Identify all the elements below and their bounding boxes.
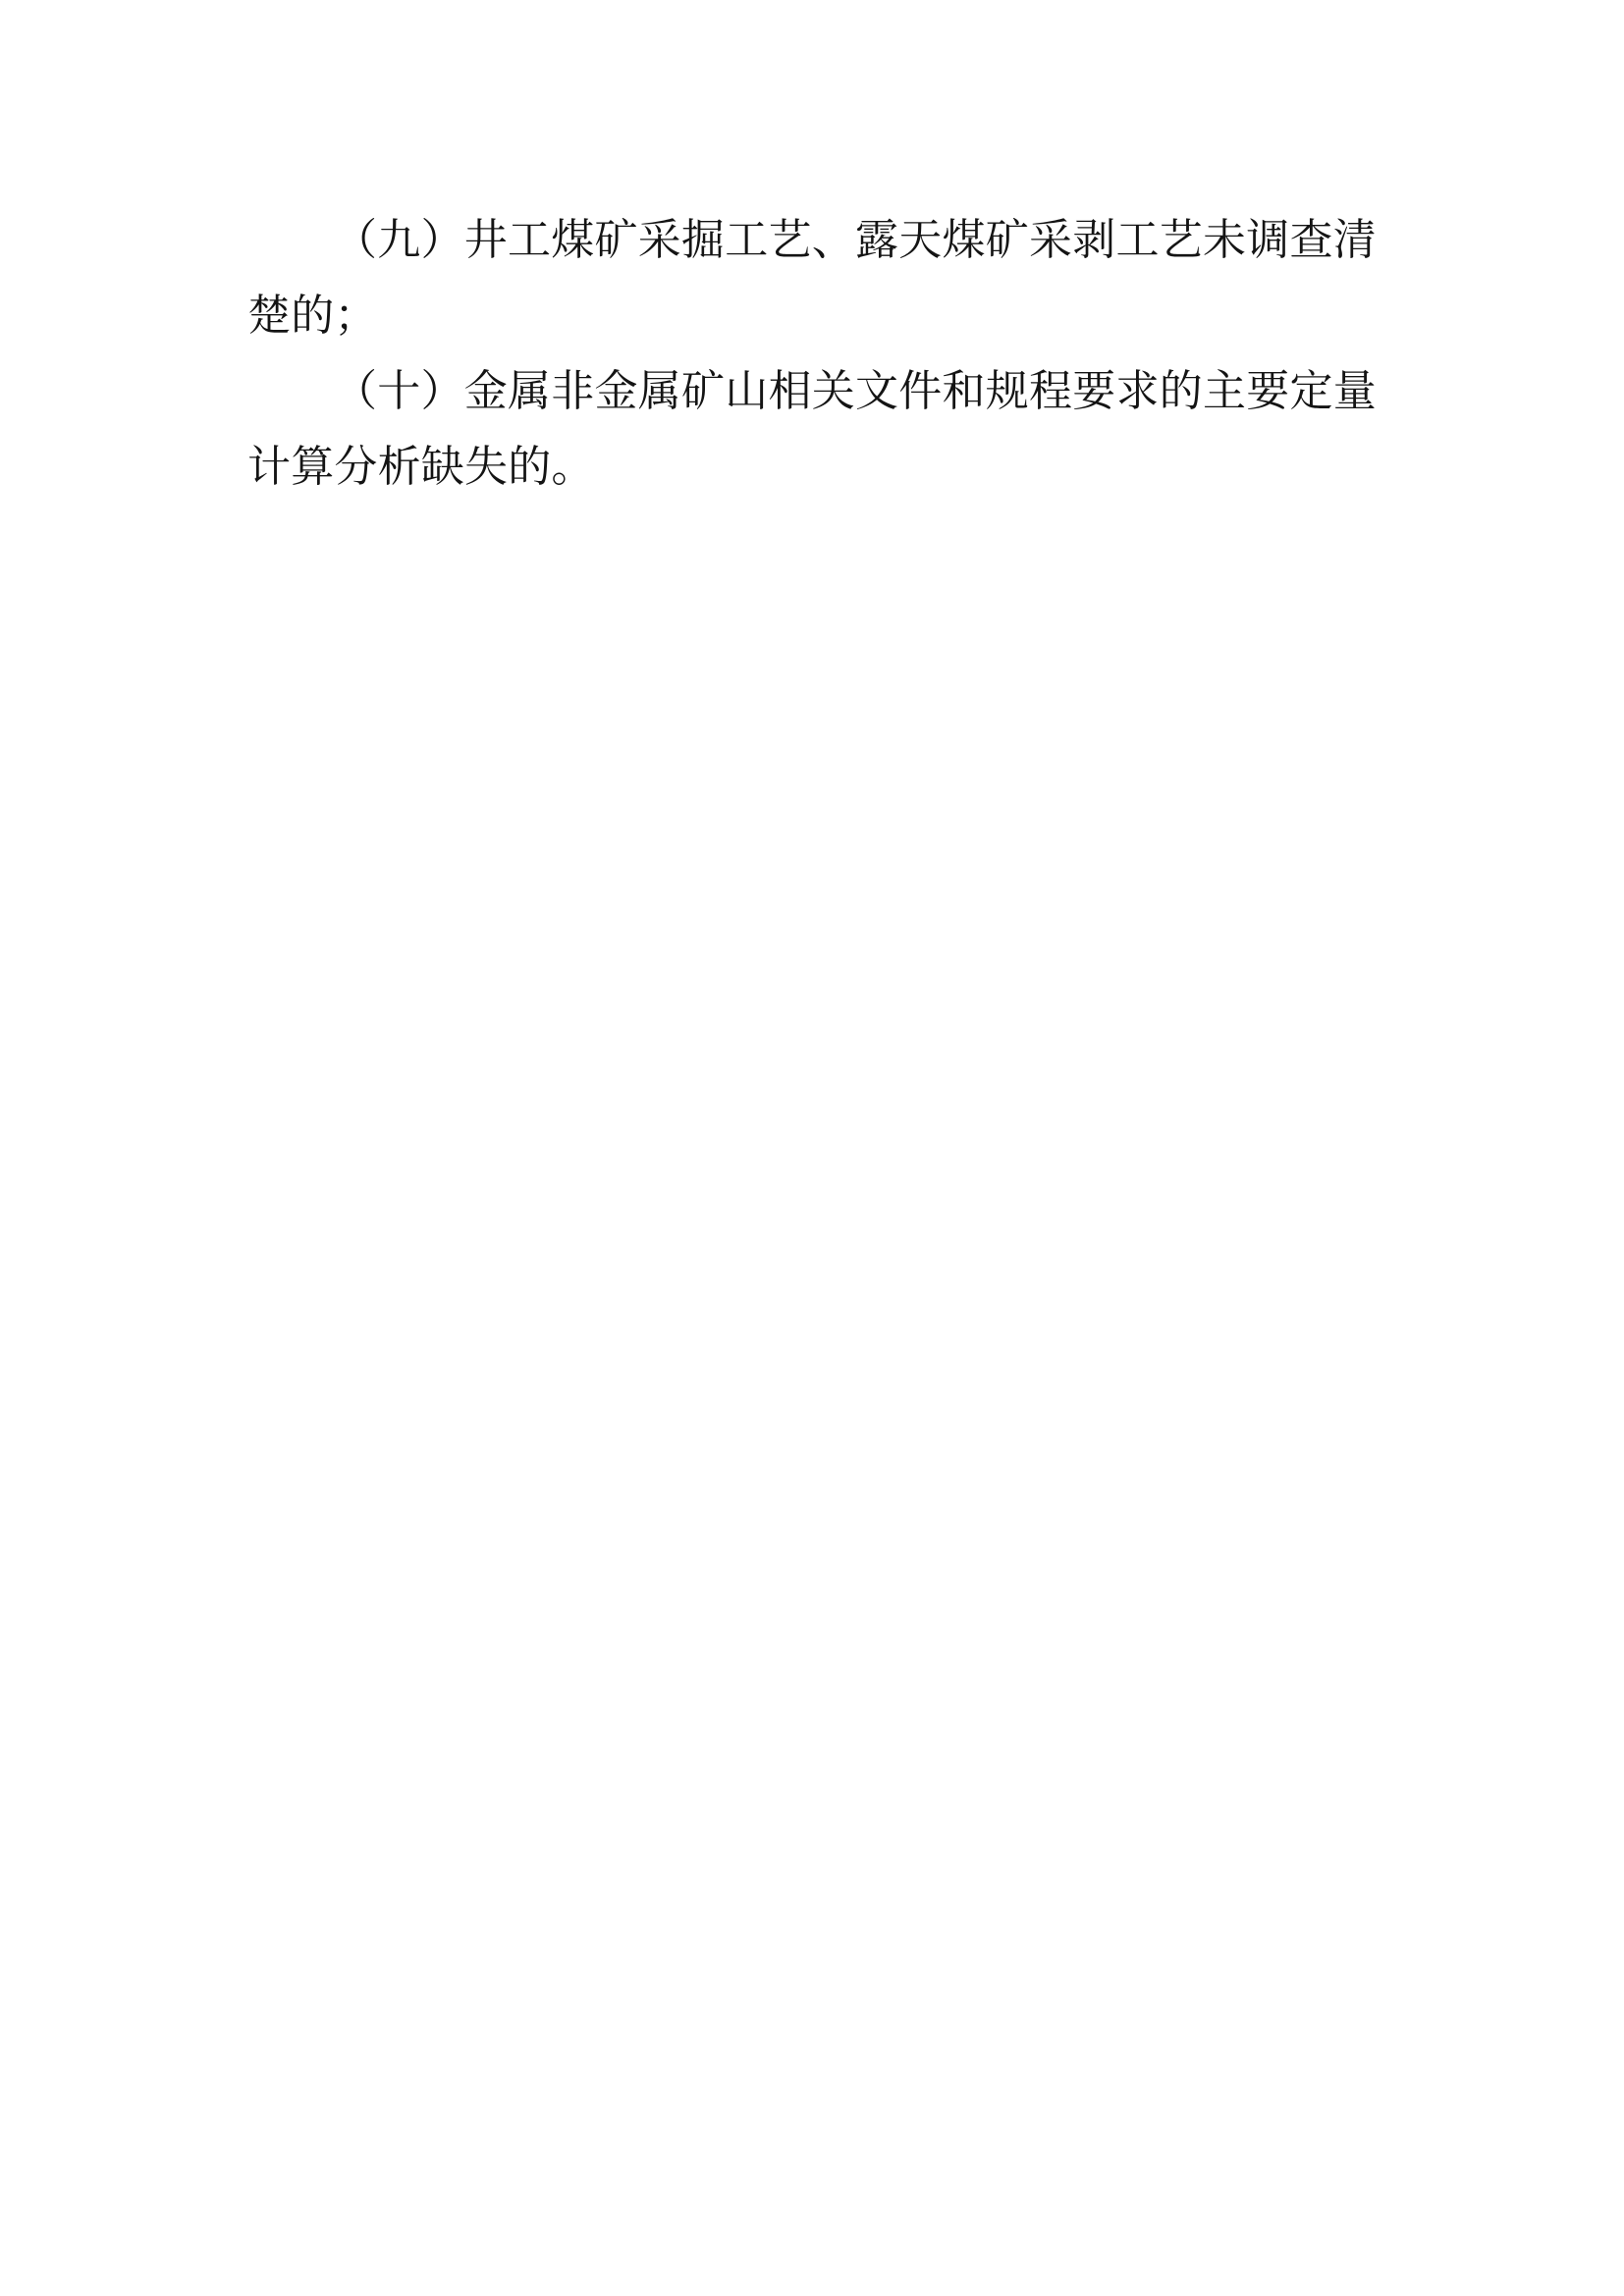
paragraph-clause-9: （九）井工煤矿采掘工艺、露天煤矿采剥工艺未调查清楚的； [247, 202, 1377, 353]
document-body: （九）井工煤矿采掘工艺、露天煤矿采剥工艺未调查清楚的； （十）金属非金属矿山相关… [247, 202, 1377, 505]
document-page: （九）井工煤矿采掘工艺、露天煤矿采剥工艺未调查清楚的； （十）金属非金属矿山相关… [0, 0, 1624, 2296]
paragraph-clause-10: （十）金属非金属矿山相关文件和规程要求的主要定量计算分析缺失的。 [247, 353, 1377, 505]
